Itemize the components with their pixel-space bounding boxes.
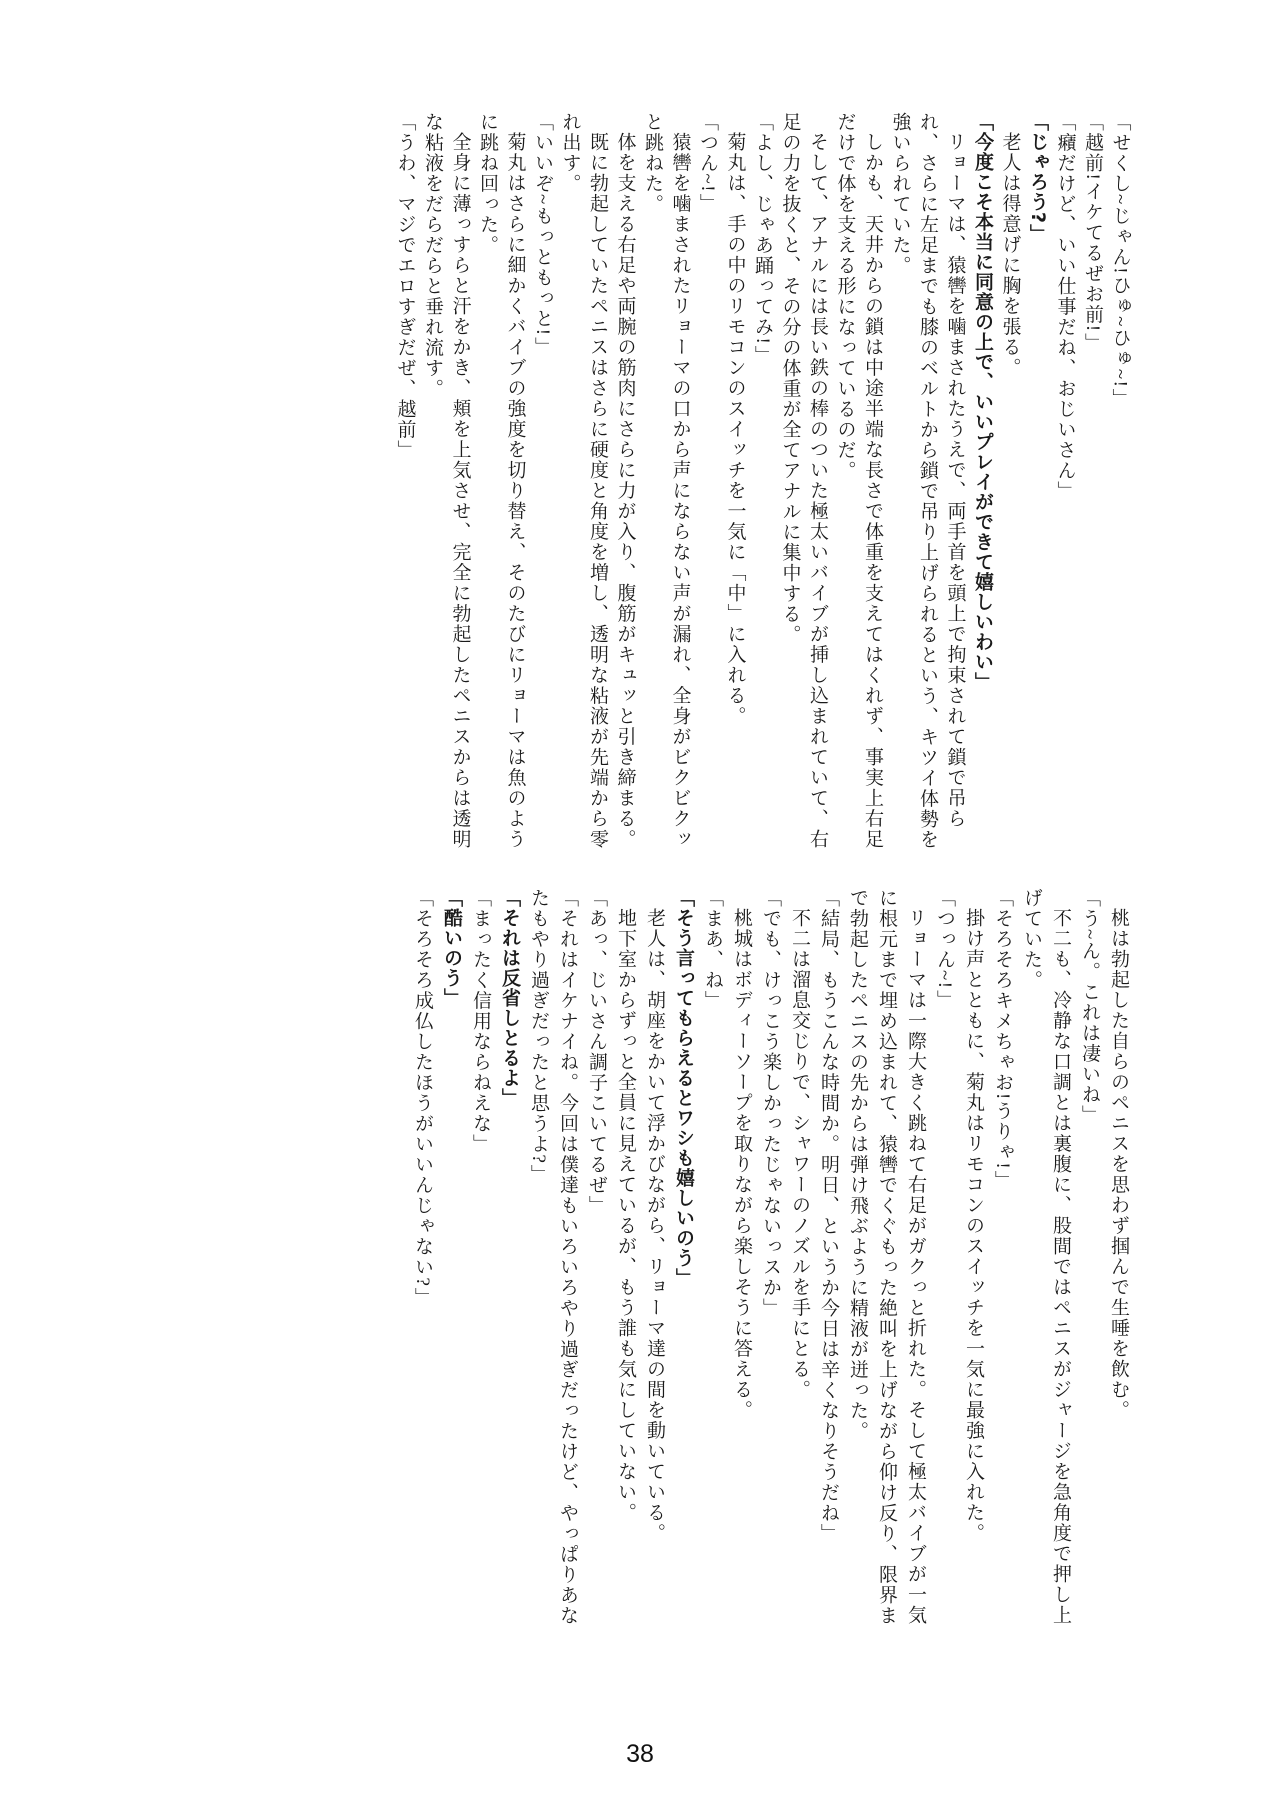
text-column: 「あっ、じいさん調子こいてるぜ」 <box>587 888 606 1636</box>
text-column: たもやり過ぎだったと思うよ?」 <box>529 888 548 1636</box>
text-column: 地下室からずっと全員に見えているが、もう誰も気にしていない。 <box>616 888 635 1636</box>
text-column: 老人は、胡座をかいて浮かびながら、リョーマ達の間を動いている。 <box>645 888 664 1636</box>
text-column: 「まあ、ね」 <box>703 888 722 1636</box>
text-column: 桃城はボディーソープを取りながら楽しそうに答える。 <box>732 888 751 1636</box>
text-column: 全身に薄っすらと汗をかき、頬を上気させ、完全に勃起したペニスからは透明 <box>451 112 470 857</box>
text-column: な粘液をだらだらと垂れ流す。 <box>423 112 442 857</box>
text-column: れ、さらに左足までも膝のベルトから鎖で吊り上げられるという、キツイ体勢を <box>918 112 937 857</box>
page-number: 38 <box>0 1740 1280 1769</box>
text-column: 「よし、じゃあ踊ってみ!」 <box>753 112 772 857</box>
text-column: 「うわ、マジでエロすぎだぜ、越前」 <box>396 112 415 857</box>
text-column: 桃は勃起した自らのペニスを思わず掴んで生唾を飲む。 <box>1109 888 1128 1636</box>
text-column: 不二も、冷静な口調とは裏腹に、股間ではペニスがジャージを急角度で押し上 <box>1051 888 1070 1636</box>
text-column: に跳ね回った。 <box>478 112 497 857</box>
text-column: 「つっん~!」 <box>935 888 954 1636</box>
text-column: 「つん~!」 <box>698 112 717 857</box>
text-column: しかも、天井からの鎖は中途半端な長さで体重を支えてはくれず、事実上右足 <box>863 112 882 857</box>
text-column: 体を支える右足や両腕の筋肉にさらに力が入り、腹筋がキュッと引き締まる。 <box>616 112 635 857</box>
text-column-old-man: 「酷いのう」 <box>442 888 461 1636</box>
text-column: 「越前!イケてるぜお前!」 <box>1083 112 1102 857</box>
text-column: と跳ねた。 <box>643 112 662 857</box>
text-column: 「結局、もうこんな時間か。明日、というか今日は辛くなりそうだね」 <box>819 888 838 1636</box>
text-column: リョーマは一際大きく跳ねて右足がガクっと折れた。そして極太バイブが一気 <box>906 888 925 1636</box>
text-column: れ出す。 <box>561 112 580 857</box>
text-column: 「う~ん。これは凄いね」 <box>1080 888 1099 1636</box>
text-column: 不二は溜息交じりで、シャワーのノズルを手にとる。 <box>790 888 809 1636</box>
text-column: 掛け声とともに、菊丸はリモコンのスイッチを一気に最強に入れた。 <box>964 888 983 1636</box>
text-column: リョーマは、猿轡を噛まされたうえで、両手首を頭上で拘束されて鎖で吊ら <box>946 112 965 857</box>
text-column: 「そろそろキメちゃお!うりゃ!」 <box>993 888 1012 1636</box>
text-column: げていた。 <box>1022 888 1041 1636</box>
text-column: だけで体を支える形になっているのだ。 <box>836 112 855 857</box>
text-column: 足の力を抜くと、その分の体重が全てアナルに集中する。 <box>781 112 800 857</box>
text-column: そして、アナルには長い鉄の棒のついた極太いバイブが挿し込まれていて、右 <box>808 112 827 857</box>
text-block-top: 「せくし~じゃん!ひゅ~ひゅ~!」 「越前!イケてるぜお前!」 「癪だけど、いい… <box>387 112 1138 857</box>
text-column: に根元まで埋め込まれて、猿轡でくぐもった絶叫を上げながら仰け反り、限界ま <box>877 888 896 1636</box>
text-column: 菊丸はさらに細かくバイブの強度を切り替え、そのたびにリョーマは魚のよう <box>506 112 525 857</box>
text-column: 「癪だけど、いい仕事だね、おじいさん」 <box>1056 112 1075 857</box>
text-column: 「せくし~じゃん!ひゅ~ひゅ~!」 <box>1111 112 1130 857</box>
text-column: 「まったく信用ならねえな」 <box>471 888 490 1636</box>
document-page: 「せくし~じゃん!ひゅ~ひゅ~!」 「越前!イケてるぜお前!」 「癪だけど、いい… <box>0 0 1280 1807</box>
text-column-old-man: 「それは反省しとるよ」 <box>500 888 519 1636</box>
text-column: 「それはイケナイね。今回は僕達もいろいろやり過ぎだったけど、やっぱりあな <box>558 888 577 1636</box>
text-column-old-man: 「今度こそ本当に同意の上で、いいプレイができて嬉しいわい」 <box>973 112 992 857</box>
text-column: 「でも、けっこう楽しかったじゃないっスか」 <box>761 888 780 1636</box>
text-column: 菊丸は、手の中のリモコンのスイッチを一気に「中」に入れる。 <box>726 112 745 857</box>
text-column: で勃起したペニスの先からは弾け飛ぶように精液が迸った。 <box>848 888 867 1636</box>
text-column-old-man: 「そう言ってもらえるとワシも嬉しいのう」 <box>674 888 693 1636</box>
text-column-old-man: 「じゃろう?」 <box>1028 112 1047 857</box>
text-column: 「いいぞ~もっともっと!」 <box>533 112 552 857</box>
text-column: 老人は得意げに胸を張る。 <box>1001 112 1020 857</box>
text-column: 猿轡を噛まされたリョーマの口から声にならない声が漏れ、全身がビクビクッ <box>671 112 690 857</box>
text-column: 「そろそろ成仏したほうがいいんじゃない?」 <box>413 888 432 1636</box>
text-block-bottom: 桃は勃起した自らのペニスを思わず掴んで生唾を飲む。 「う~ん。これは凄いね」 不… <box>403 888 1138 1636</box>
text-column: 強いられていた。 <box>891 112 910 857</box>
text-column: 既に勃起していたペニスはさらに硬度と角度を増し、透明な粘液が先端から零 <box>588 112 607 857</box>
